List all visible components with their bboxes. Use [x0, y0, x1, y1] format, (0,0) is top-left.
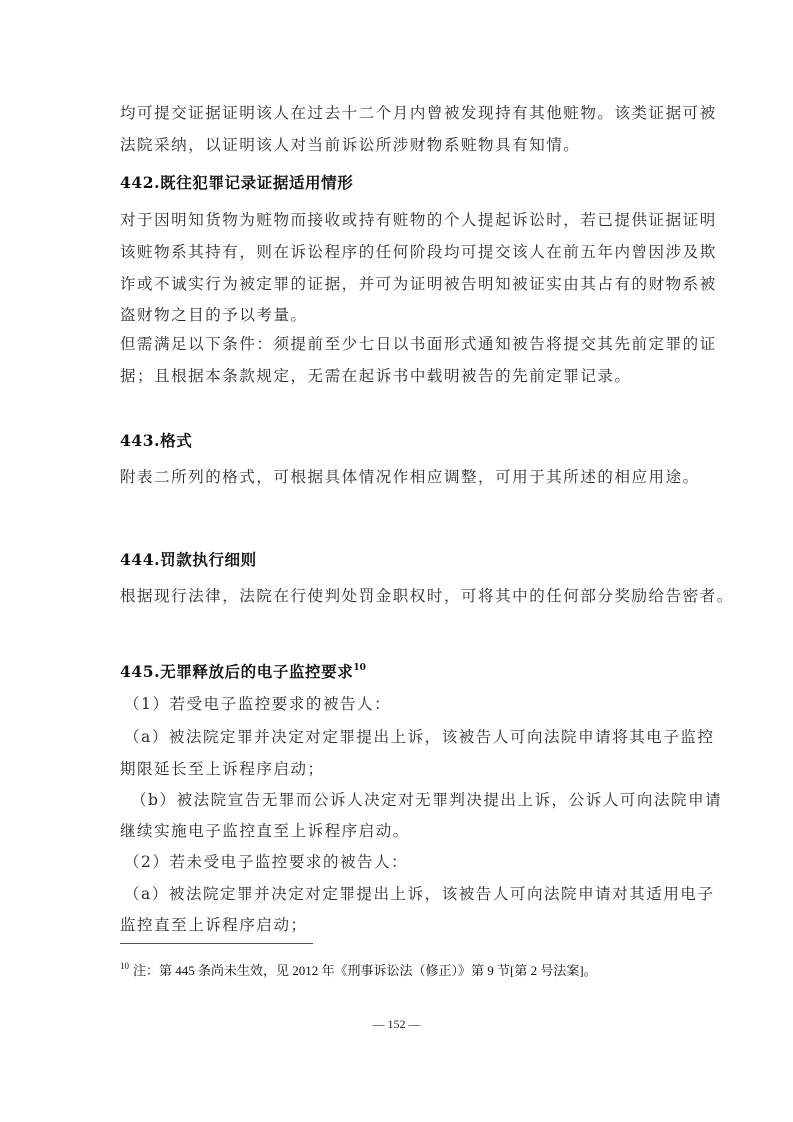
body-line: 附表二所列的格式，可根据具体情况作相应调整，可用于其所述的相应用途。 [120, 467, 700, 487]
body-line: 诈或不诚实行为被定罪的证据，并可为证明被告明知被证实由其占有的财物系被 [120, 274, 717, 294]
section-heading-444: 444.罚款执行细则 [120, 550, 257, 570]
section-heading-445: 445.无罪释放后的电子监控要求10 [120, 658, 366, 682]
list-item: （a）被法院定罪并决定对定罪提出上诉，该被告人可向法院申请对其适用电子 [124, 884, 715, 904]
body-line: 但需满足以下条件：须提前至少七日以书面形式通知被告将提交其先前定罪的证 [120, 334, 717, 354]
section-heading-443: 443.格式 [120, 431, 192, 451]
list-item-cont: 期限延长至上诉程序启动； [120, 759, 325, 779]
list-item: （b）被法院宣告无罪而公诉人决定对无罪判决提出上诉，公诉人可向法院申请 [131, 790, 722, 810]
body-line: 根据现行法律，法院在行使判处罚金职权时，可将其中的任何部分奖励给告密者。 [120, 586, 734, 606]
list-item: （a）被法院定罪并决定对定罪提出上诉，该被告人可向法院申请将其电子监控 [124, 727, 715, 747]
footnote-number: 10 [120, 961, 129, 971]
footnote-ref[interactable]: 10 [353, 663, 366, 673]
body-line: 对于因明知货物为赃物而接收或持有赃物的个人提起诉讼时，若已提供证据证明 [120, 210, 717, 230]
body-line: 法院采纳，以证明该人对当前诉讼所涉财物系赃物具有知情。 [120, 135, 580, 155]
page-number: — 152 — [0, 1017, 793, 1032]
list-item-cont: 继续实施电子监控直至上诉程序启动。 [120, 821, 410, 841]
body-line: 该赃物系其持有，则在诉讼程序的任何阶段均可提交该人在前五年内曾因涉及欺 [120, 242, 717, 262]
list-item: （2）若未受电子监控要求的被告人： [124, 852, 408, 872]
footnote: 10注：第 445 条尚未生效，见 2012 年《刑事诉讼法（修正）》第 9 节… [120, 960, 597, 979]
list-item-cont: 监控直至上诉程序启动； [120, 915, 308, 935]
footnote-divider [120, 943, 313, 944]
section-heading-442: 442.既往犯罪记录证据适用情形 [120, 173, 353, 193]
body-line: 据；且根据本条款规定，无需在起诉书中载明被告的先前定罪记录。 [120, 366, 632, 386]
body-line: 均可提交证据证明该人在过去十二个月内曾被发现持有其他赃物。该类证据可被 [120, 103, 717, 123]
heading-text: 445.无罪释放后的电子监控要求 [120, 662, 353, 681]
body-line: 盗财物之目的予以考量。 [120, 305, 308, 325]
footnote-text: 注：第 445 条尚未生效，见 2012 年《刑事诉讼法（修正）》第 9 节[第… [133, 963, 597, 978]
list-item: （1）若受电子监控要求的被告人： [124, 694, 391, 714]
